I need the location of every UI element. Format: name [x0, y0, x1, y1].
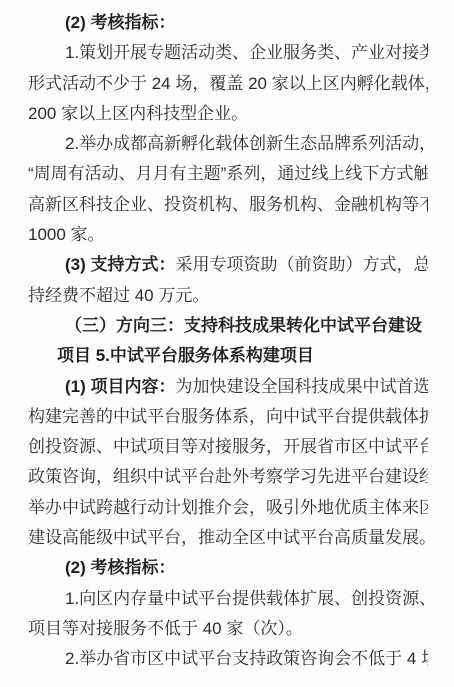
doc-line: “周周有活动、月月有主题”系列，通过线上线下方式触达 [28, 159, 428, 189]
text-run: 200 家以上区内科技型企业。 [28, 104, 248, 123]
doc-line: 2.举办省市区中试平台支持政策咨询会不低于 4 场。 [28, 644, 428, 674]
bold-run: （三）方向三：支持科技成果转化中试平台建设 [65, 316, 422, 335]
text-run: 1.向区内存量中试平台提供载体扩展、创投资源、中试 [65, 589, 428, 608]
text-run: 建设高能级中试平台，推动全区中试平台高质量发展。 [28, 528, 428, 547]
bold-run: (3) 支持方式： [65, 255, 176, 274]
text-run: 创投资源、中试项目等对接服务，开展省市区中试平台支持 [28, 437, 428, 456]
doc-line: 2.举办成都高新孵化载体创新生态品牌系列活动，推出 [28, 129, 428, 159]
text-run: 举办中试跨越行动计划推介会，吸引外地优质主体来区洽谈 [28, 498, 428, 517]
doc-line: 建设高能级中试平台，推动全区中试平台高质量发展。 [28, 523, 428, 553]
doc-line: 项目等对接服务不低于 40 家（次）。 [28, 614, 428, 644]
doc-line: 形式活动不少于 24 场，覆盖 20 家以上区内孵化载体，覆盖 [28, 69, 428, 99]
text-run: 持经费不超过 40 万元。 [28, 286, 209, 305]
doc-line: 创投资源、中试项目等对接服务，开展省市区中试平台支持 [28, 432, 428, 462]
doc-line-heading: (2) 考核指标： [28, 8, 428, 38]
text-run: 为加快建设全国科技成果中试首选地， [176, 377, 429, 396]
doc-line: 高新区科技企业、投资机构、服务机构、金融机构等不低于 [28, 190, 428, 220]
text-run: 项目等对接服务不低于 40 家（次）。 [28, 619, 303, 638]
text-run: 2.举办省市区中试平台支持政策咨询会不低于 4 场。 [65, 649, 428, 668]
doc-line-heading: (2) 考核指标： [28, 553, 428, 583]
doc-line: 政策咨询，组织中试平台赴外考察学习先进平台建设经验， [28, 462, 428, 492]
doc-line: (1) 项目内容：为加快建设全国科技成果中试首选地， [28, 372, 428, 402]
bold-run: (1) 项目内容： [65, 377, 176, 396]
text-run: 2.举办成都高新孵化载体创新生态品牌系列活动，推出 [65, 134, 428, 153]
doc-line-heading: 项目 5.中试平台服务体系构建项目 [28, 341, 428, 371]
text-run: 形式活动不少于 24 场，覆盖 20 家以上区内孵化载体，覆盖 [28, 74, 428, 93]
text-run: 构建完善的中试平台服务体系，向中试平台提供载体扩展、 [28, 407, 428, 426]
doc-line: 1.策划开展专题活动类、企业服务类、产业对接类多种 [28, 38, 428, 68]
bold-run: (2) 考核指标： [65, 558, 176, 577]
text-run: 1.策划开展专题活动类、企业服务类、产业对接类多种 [65, 43, 428, 62]
doc-line: 1000 家。 [28, 220, 428, 250]
doc-line: (3) 支持方式：采用专项资助（前资助）方式，总支 [28, 250, 428, 280]
doc-line-heading: （三）方向三：支持科技成果转化中试平台建设 [28, 311, 428, 341]
doc-line: 200 家以上区内科技型企业。 [28, 99, 428, 129]
text-run: “周周有活动、月月有主题”系列，通过线上线下方式触达 [28, 164, 428, 183]
text-run: 1000 家。 [28, 225, 105, 244]
bold-run: (2) 考核指标： [65, 13, 176, 32]
doc-line: 构建完善的中试平台服务体系，向中试平台提供载体扩展、 [28, 402, 428, 432]
text-run: 政策咨询，组织中试平台赴外考察学习先进平台建设经验， [28, 467, 428, 486]
doc-line: 持经费不超过 40 万元。 [28, 281, 428, 311]
text-run: 高新区科技企业、投资机构、服务机构、金融机构等不低于 [28, 195, 428, 214]
bold-run: 项目 5.中试平台服务体系构建项目 [57, 346, 314, 365]
doc-line: 举办中试跨越行动计划推介会，吸引外地优质主体来区洽谈 [28, 493, 428, 523]
text-run: 采用专项资助（前资助）方式，总支 [176, 255, 429, 274]
doc-line: 1.向区内存量中试平台提供载体扩展、创投资源、中试 [28, 584, 428, 614]
document-page: (2) 考核指标： 1.策划开展专题活动类、企业服务类、产业对接类多种 形式活动… [0, 0, 454, 687]
